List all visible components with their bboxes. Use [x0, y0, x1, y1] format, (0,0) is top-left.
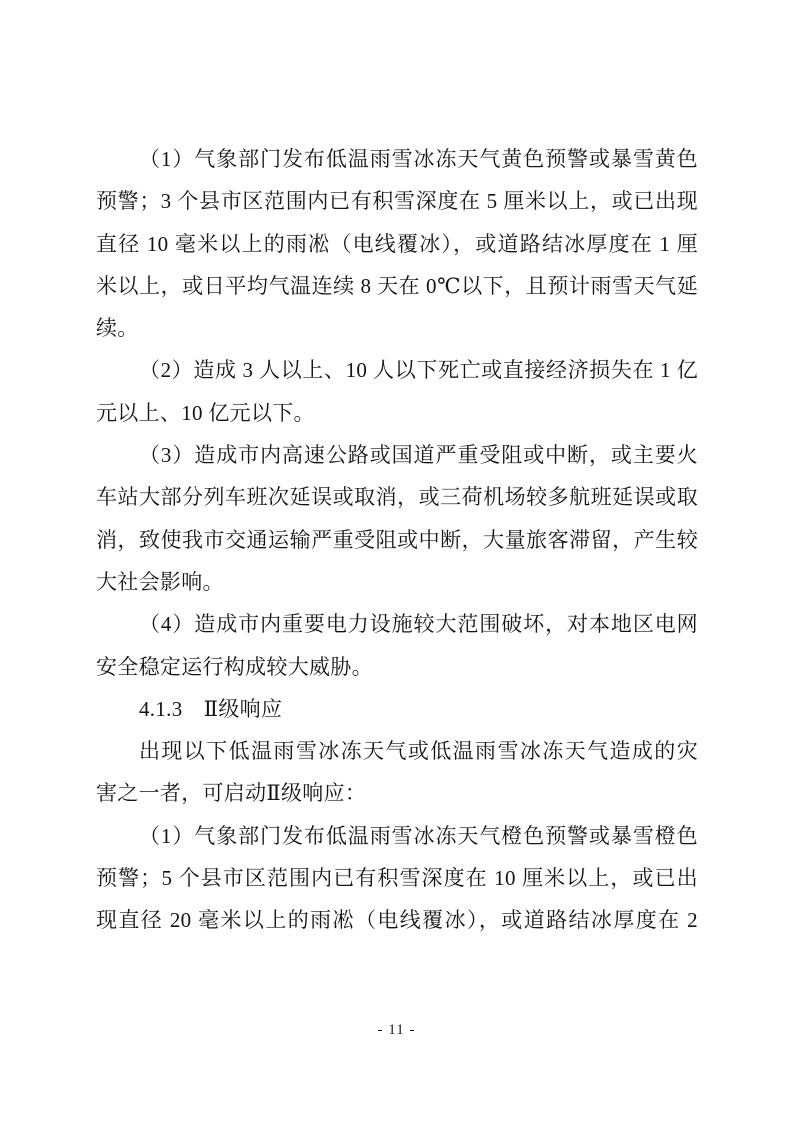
text-line: 米以上，或日平均气温连续 8 天在 0℃以下，且预计雨雪天气延 — [96, 265, 698, 307]
text-line: 直径 10 毫米以上的雨凇（电线覆冰），或道路结冰厚度在 1 厘 — [96, 223, 698, 265]
text-line: 元以上、10 亿元以下。 — [96, 392, 698, 434]
text-line: 出现以下低温雨雪冰冻天气或低温雨雪冰冻天气造成的灾 — [96, 730, 698, 772]
text-line: 害之一者，可启动Ⅱ级响应： — [96, 772, 698, 814]
text-line: 大社会影响。 — [96, 561, 698, 603]
text-line: （3）造成市内高速公路或国道严重受阻或中断，或主要火 — [96, 434, 698, 476]
text-line: （1）气象部门发布低温雨雪冰冻天气黄色预警或暴雪黄色 — [96, 138, 698, 180]
text-line: 现直径 20 毫米以上的雨凇（电线覆冰），或道路结冰厚度在 2 — [96, 899, 698, 941]
text-line: 预警；3 个县市区范围内已有积雪深度在 5 厘米以上，或已出现 — [96, 180, 698, 222]
text-line: 预警；5 个县市区范围内已有积雪深度在 10 厘米以上，或已出 — [96, 857, 698, 899]
text-line: （4）造成市内重要电力设施较大范围破坏，对本地区电网 — [96, 603, 698, 645]
document-page: （1）气象部门发布低温雨雪冰冻天气黄色预警或暴雪黄色预警；3 个县市区范围内已有… — [0, 0, 793, 1121]
text-line: 安全稳定运行构成较大威胁。 — [96, 646, 698, 688]
text-line: （1）气象部门发布低温雨雪冰冻天气橙色预警或暴雪橙色 — [96, 815, 698, 857]
text-body: （1）气象部门发布低温雨雪冰冻天气黄色预警或暴雪黄色预警；3 个县市区范围内已有… — [96, 138, 698, 942]
text-line: 消，致使我市交通运输严重受阻或中断，大量旅客滞留，产生较 — [96, 519, 698, 561]
section-heading: 4.1.3 Ⅱ级响应 — [96, 688, 698, 730]
text-line: 续。 — [96, 307, 698, 349]
text-line: （2）造成 3 人以上、10 人以下死亡或直接经济损失在 1 亿 — [96, 349, 698, 391]
page-footer: - 11 - — [0, 1020, 793, 1040]
text-line: 车站大部分列车班次延误或取消，或三荷机场较多航班延误或取 — [96, 476, 698, 518]
page-number: - 11 - — [378, 1022, 416, 1038]
